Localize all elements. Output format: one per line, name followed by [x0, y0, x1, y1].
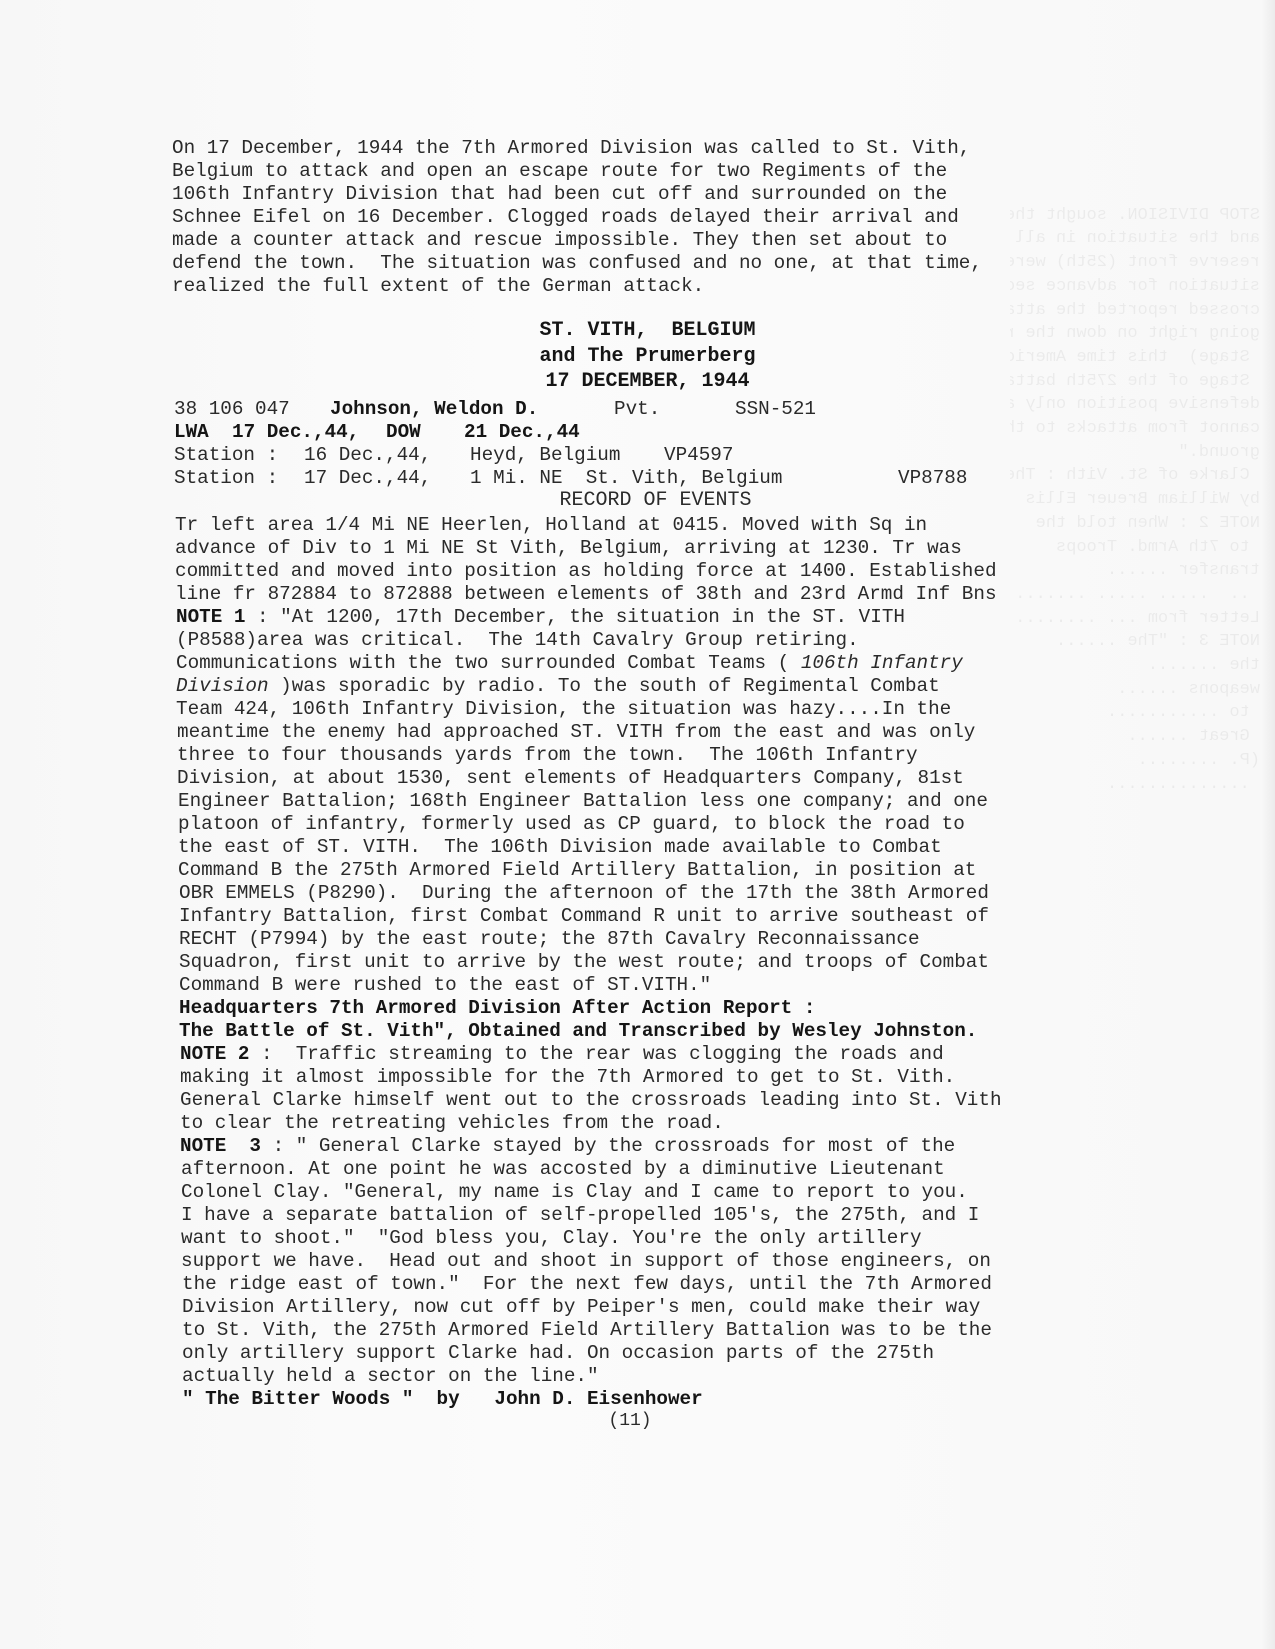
note-italic-text: 106th Infantry [801, 652, 963, 674]
station-place: 1 Mi. NE St. Vith, Belgium [470, 466, 782, 490]
note-source: The Battle of St. Vith", Obtained and Tr… [179, 1019, 977, 1043]
note-line: Engineer Battalion; 168th Engineer Batta… [178, 789, 988, 813]
note-1-first-line: NOTE 1 : "At 1200, 17th December, the si… [176, 605, 905, 629]
soldier-ssn: SSN-521 [735, 397, 816, 421]
dow-label: DOW [386, 420, 421, 444]
soldier-rank: Pvt. [614, 397, 660, 421]
note-text: Communications with the two surrounded C… [176, 652, 801, 674]
station-grid: VP4597 [664, 443, 733, 467]
lwa-label: LWA [174, 420, 209, 444]
note-text: : "At 1200, 17th December, the situation… [245, 606, 905, 628]
note-line: Colonel Clay. "General, my name is Clay … [181, 1180, 968, 1204]
soldier-name: Johnson, Weldon D. [330, 397, 538, 421]
note-label: NOTE 1 [176, 606, 245, 628]
page-number: (11) [0, 1411, 1260, 1431]
note-line: meantime the enemy had approached ST. VI… [177, 720, 975, 744]
note-line: to clear the retreating vehicles from th… [180, 1111, 724, 1135]
station-label: Station : [174, 443, 278, 467]
note-line: Team 424, 106th Infantry Division, the s… [176, 697, 951, 721]
note-line: to St. Vith, the 275th Armored Field Art… [182, 1318, 992, 1342]
note-line: RECHT (P7994) by the east route; the 87t… [179, 927, 920, 951]
note-line: support we have. Head out and shoot in s… [181, 1249, 991, 1273]
note-2-first-line: NOTE 2 : Traffic streaming to the rear w… [180, 1042, 944, 1066]
note-italic-text: Division [176, 675, 269, 697]
intro-line: On 17 December, 1944 the 7th Armored Div… [172, 136, 970, 160]
note-line: only artillery support Clarke had. On oc… [182, 1341, 934, 1365]
heading-date: 17 DECEMBER, 1944 [0, 369, 1275, 395]
note-label: NOTE 2 [180, 1043, 249, 1065]
note-line: the east of ST. VITH. The 106th Division… [178, 835, 942, 859]
heading-location: ST. VITH, BELGIUM [0, 318, 1275, 344]
note-line: Infantry Battalion, first Combat Command… [179, 904, 989, 928]
record-of-events-title: RECORD OF EVENTS [0, 489, 1275, 513]
note-line: I have a separate battalion of self-prop… [181, 1203, 979, 1227]
intro-line: Schnee Eifel on 16 December. Clogged roa… [172, 205, 959, 229]
note-line: Communications with the two surrounded C… [176, 651, 963, 675]
note-text: )was sporadic by radio. To the south of … [269, 675, 940, 697]
note-line: General Clarke himself went out to the c… [180, 1088, 1002, 1112]
note-line: Squadron, first unit to arrive by the we… [179, 950, 989, 974]
station-label: Station : [174, 466, 278, 490]
record-line: line fr 872884 to 872888 between element… [175, 582, 997, 606]
note-source: " The Bitter Woods " by John D. Eisenhow… [182, 1387, 703, 1411]
note-line: afternoon. At one point he was accosted … [181, 1157, 945, 1181]
note-line: Division, at about 1530, sent elements o… [177, 766, 964, 790]
record-line: committed and moved into position as hol… [175, 559, 997, 583]
note-line: the ridge east of town." For the next fe… [182, 1272, 992, 1296]
station-date: 16 Dec.,44, [304, 443, 431, 467]
intro-line: made a counter attack and rescue impossi… [172, 228, 947, 252]
note-line: platoon of infantry, formerly used as CP… [178, 812, 965, 836]
lwa-date: 17 Dec.,44, [232, 420, 359, 444]
note-line: OBR EMMELS (P8290). During the afternoon… [179, 881, 989, 905]
intro-line: realized the full extent of the German a… [172, 274, 704, 298]
note-line: Division Artillery, now cut off by Peipe… [182, 1295, 980, 1319]
note-line: Command B were rushed to the east of ST.… [179, 973, 711, 997]
intro-line: 106th Infantry Division that had been cu… [172, 182, 947, 206]
note-line: actually held a sector on the line." [182, 1364, 599, 1388]
record-line: Tr left area 1/4 Mi NE Heerlen, Holland … [175, 513, 927, 537]
note-line: making it almost impossible for the 7th … [180, 1065, 955, 1089]
station-place: Heyd, Belgium [470, 443, 620, 467]
note-text: : " General Clarke stayed by the crossro… [261, 1135, 955, 1157]
dow-date: 21 Dec.,44 [464, 420, 580, 444]
note-line: (P8588)area was critical. The 14th Caval… [176, 628, 859, 652]
intro-line: defend the town. The situation was confu… [172, 251, 982, 275]
record-line: advance of Div to 1 Mi NE St Vith, Belgi… [175, 536, 962, 560]
note-source: Headquarters 7th Armored Division After … [179, 996, 815, 1020]
soldier-serial: 38 106 047 [174, 397, 290, 421]
intro-line: Belgium to attack and open an escape rou… [172, 159, 947, 183]
note-3-first-line: NOTE 3 : " General Clarke stayed by the … [180, 1134, 955, 1158]
note-label: NOTE 3 [180, 1135, 261, 1157]
note-line: three to four thousands yards from the t… [177, 743, 918, 767]
heading-subtitle: and The Prumerberg [0, 344, 1275, 370]
note-line: Command B the 275th Armored Field Artill… [178, 858, 976, 882]
page-edge-shadow [1261, 0, 1275, 1649]
station-grid: VP8788 [898, 466, 967, 490]
note-text: : Traffic streaming to the rear was clog… [249, 1043, 943, 1065]
station-date: 17 Dec.,44, [304, 466, 431, 490]
note-line: Division )was sporadic by radio. To the … [176, 674, 940, 698]
note-line: want to shoot." "God bless you, Clay. Yo… [181, 1226, 922, 1250]
